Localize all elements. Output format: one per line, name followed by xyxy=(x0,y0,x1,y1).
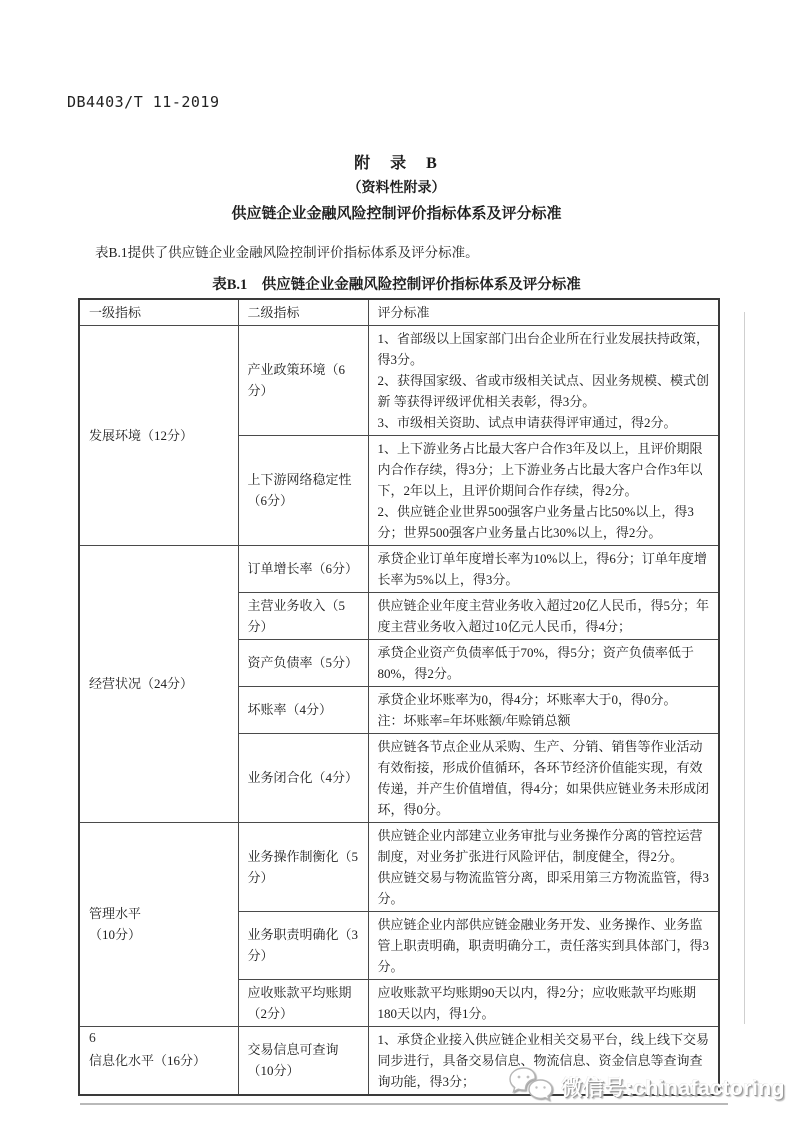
level2-indicator-cell: 业务操作制衡化（5分） xyxy=(238,822,368,911)
scoring-criterion: 承贷企业订单年度增长率为10%以上，得6分；订单年度增长率为5%以上，得3分。 xyxy=(378,548,711,590)
appendix-subtitle: （资料性附录） xyxy=(0,177,793,201)
appendix-title: 附 录 B xyxy=(0,151,793,177)
scoring-criterion: 1、上下游业务占比最大客户合作3年及以上，且评价期限内合作存续，得3分；上下游业… xyxy=(378,438,711,501)
level1-indicator-cell: 管理水平 （10分） xyxy=(79,822,238,1026)
table-body: 发展环境（12分）产业政策环境（6分）1、省部级以上国家部门出台企业所在行业发展… xyxy=(79,325,719,1095)
scoring-standard-cell: 1、上下游业务占比最大客户合作3年及以上，且评价期限内合作存续，得3分；上下游业… xyxy=(368,435,719,545)
scoring-criterion: 1、省部级以上国家部门出台企业所在行业发展扶持政策，得3分。 xyxy=(378,328,711,370)
wechat-icon xyxy=(507,1066,553,1107)
level2-indicator-cell: 交易信息可查询 （10分） xyxy=(238,1026,368,1095)
scoring-criterion: 供应链各节点企业从采购、生产、分销、销售等作业活动有效衔接，形成价值循环，各环节… xyxy=(378,736,711,820)
level2-indicator-cell: 产业政策环境（6分） xyxy=(238,325,368,435)
scan-shadow-line-right xyxy=(744,312,745,1024)
scoring-criterion: 2、供应链企业世界500强客户业务量占比50%以上，得3分；世界500强客户业务… xyxy=(378,501,711,543)
scoring-criterion: 供应链交易与物流监管分离，即采用第三方物流监管，得3分。 xyxy=(378,867,711,909)
scoring-criterion: 应收账款平均账期90天以内，得2分；应收账款平均账期180天以内，得1分。 xyxy=(378,982,711,1024)
scoring-criterion: 供应链企业内部供应链金融业务开发、业务操作、业务监管上职责明确，职责明确分工，责… xyxy=(378,914,711,977)
level2-indicator-cell: 业务闭合化（4分） xyxy=(238,733,368,822)
header-level1-indicator: 一级指标 xyxy=(79,299,238,325)
header-scoring-standard: 评分标准 xyxy=(368,299,719,325)
scoring-standard-cell: 承贷企业资产负债率低于70%，得5分；资产负债率低于80%，得2分。 xyxy=(368,639,719,686)
scoring-criterion: 注：坏账率=年坏账额/年赊销总额 xyxy=(378,710,711,731)
scoring-standard-cell: 供应链企业内部供应链金融业务开发、业务操作、业务监管上职责明确，职责明确分工，责… xyxy=(368,911,719,979)
level1-indicator-cell: 发展环境（12分） xyxy=(79,325,238,545)
scoring-criterion: 供应链企业内部建立业务审批与业务操作分离的管控运营制度，对业务扩张进行风险评估，… xyxy=(378,825,711,867)
table-caption: 表B.1 供应链企业金融风险控制评价指标体系及评分标准 xyxy=(0,273,793,294)
level2-indicator-cell: 资产负债率（5分） xyxy=(238,639,368,686)
appendix-title-block: 附 录 B （资料性附录） 供应链企业金融风险控制评价指标体系及评分标准 xyxy=(0,151,793,227)
header-level2-indicator: 二级指标 xyxy=(238,299,368,325)
scoring-criterion: 2、获得国家级、省或市级相关试点、因业务规模、模式创新 等获得评级评优相关表彰，… xyxy=(378,370,711,412)
level2-indicator-cell: 订单增长率（6分） xyxy=(238,545,368,592)
level2-indicator-cell: 主营业务收入（5分） xyxy=(238,592,368,639)
scoring-standard-cell: 承贷企业坏账率为0，得4分；坏账率大于0，得0分。注：坏账率=年坏账额/年赊销总… xyxy=(368,686,719,733)
wechat-id-text: 微信号:chinafactoring xyxy=(561,1072,785,1102)
intro-paragraph: 表B.1提供了供应链企业金融风险控制评价指标体系及评分标准。 xyxy=(68,241,718,261)
table-row: 管理水平 （10分）业务操作制衡化（5分）供应链企业内部建立业务审批与业务操作分… xyxy=(79,822,719,911)
level2-indicator-cell: 坏账率（4分） xyxy=(238,686,368,733)
scoring-standard-cell: 供应链企业年度主营业务收入超过20亿人民币，得5分；年度主营业务收入超过10亿元… xyxy=(368,592,719,639)
page-number: 6 xyxy=(89,1030,96,1046)
level2-indicator-cell: 业务职责明确化（3分） xyxy=(238,911,368,979)
standard-number: DB4403/T 11-2019 xyxy=(67,93,220,111)
document-page: DB4403/T 11-2019 附 录 B （资料性附录） 供应链企业金融风险… xyxy=(0,0,793,1122)
level1-indicator-cell: 信息化水平（16分） xyxy=(79,1026,238,1095)
level2-indicator-cell: 上下游网络稳定性 （6分） xyxy=(238,435,368,545)
scoring-standard-cell: 承贷企业订单年度增长率为10%以上，得6分；订单年度增长率为5%以上，得3分。 xyxy=(368,545,719,592)
scoring-standard-cell: 1、省部级以上国家部门出台企业所在行业发展扶持政策，得3分。2、获得国家级、省或… xyxy=(368,325,719,435)
scoring-criterion: 供应链企业年度主营业务收入超过20亿人民币，得5分；年度主营业务收入超过10亿元… xyxy=(378,595,711,637)
scoring-standard-cell: 应收账款平均账期90天以内，得2分；应收账款平均账期180天以内，得1分。 xyxy=(368,979,719,1026)
table-row: 经营状况（24分）订单增长率（6分）承贷企业订单年度增长率为10%以上，得6分；… xyxy=(79,545,719,592)
table-header-row: 一级指标 二级指标 评分标准 xyxy=(79,299,719,325)
scoring-criterion: 承贷企业坏账率为0，得4分；坏账率大于0，得0分。 xyxy=(378,689,711,710)
scoring-standard-cell: 供应链企业内部建立业务审批与业务操作分离的管控运营制度，对业务扩张进行风险评估，… xyxy=(368,822,719,911)
evaluation-table: 一级指标 二级指标 评分标准 发展环境（12分）产业政策环境（6分）1、省部级以… xyxy=(78,298,720,1096)
table-row: 发展环境（12分）产业政策环境（6分）1、省部级以上国家部门出台企业所在行业发展… xyxy=(79,325,719,435)
scoring-criterion: 3、市级相关资助、试点申请获得评审通过，得2分。 xyxy=(378,412,711,433)
appendix-heading: 供应链企业金融风险控制评价指标体系及评分标准 xyxy=(0,201,793,227)
level2-indicator-cell: 应收账款平均账期 （2分） xyxy=(238,979,368,1026)
scoring-criterion: 承贷企业资产负债率低于70%，得5分；资产负债率低于80%，得2分。 xyxy=(378,642,711,684)
wechat-watermark: 微信号:chinafactoring xyxy=(507,1066,785,1107)
level1-indicator-cell: 经营状况（24分） xyxy=(79,545,238,822)
scoring-standard-cell: 供应链各节点企业从采购、生产、分销、销售等作业活动有效衔接，形成价值循环，各环节… xyxy=(368,733,719,822)
